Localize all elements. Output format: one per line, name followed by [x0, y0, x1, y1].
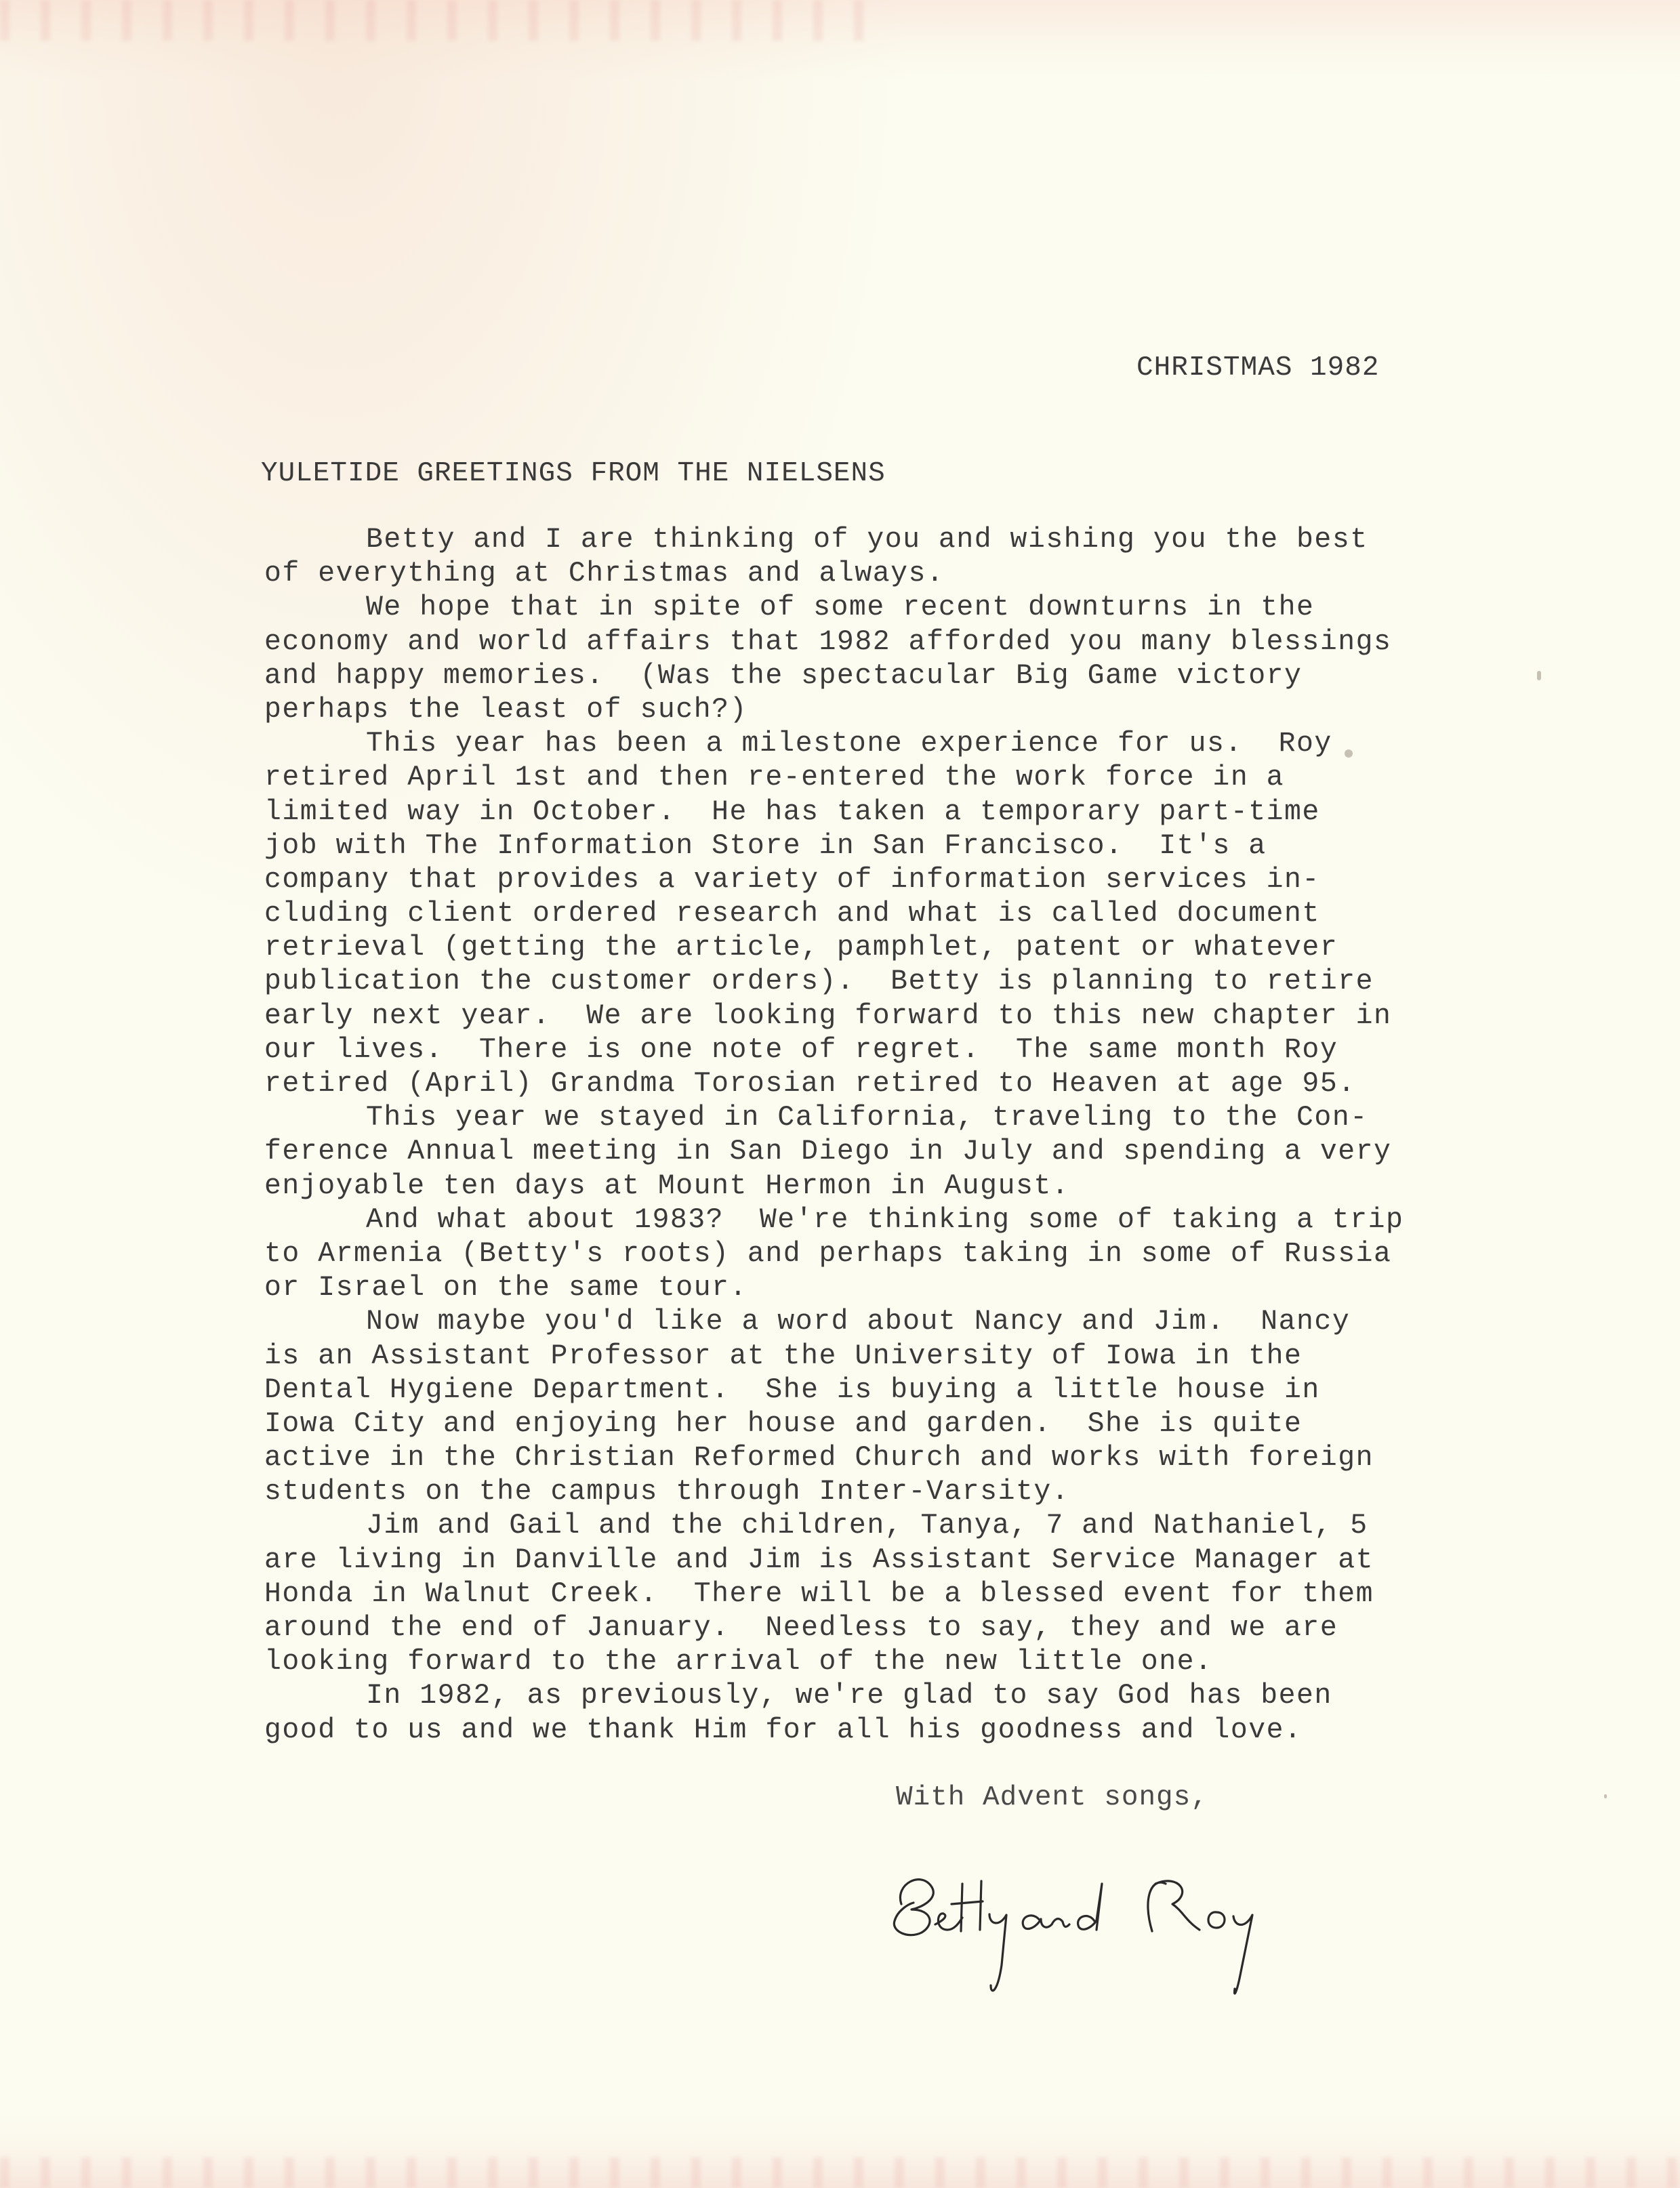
body-line: cluding client ordered research and what…	[264, 897, 1586, 931]
letter-body: Betty and I are thinking of you and wish…	[264, 523, 1586, 1748]
body-line: Dental Hygiene Department. She is buying…	[264, 1374, 1586, 1407]
body-line: retired (April) Grandma Torosian retired…	[264, 1067, 1586, 1101]
paragraph-first-line: Betty and I are thinking of you and wish…	[264, 523, 1586, 557]
paper-speck	[1604, 1794, 1607, 1798]
body-line: looking forward to the arrival of the ne…	[264, 1645, 1586, 1679]
body-line: retrieval (getting the article, pamphlet…	[264, 931, 1586, 965]
body-line: enjoyable ten days at Mount Hermon in Au…	[264, 1170, 1586, 1203]
paragraph-first-line: This year has been a milestone experienc…	[264, 727, 1586, 761]
body-line: of everything at Christmas and always.	[264, 557, 1586, 591]
body-line: good to us and we thank Him for all his …	[264, 1714, 1586, 1748]
body-line: around the end of January. Needless to s…	[264, 1611, 1586, 1645]
body-line: job with The Information Store in San Fr…	[264, 829, 1586, 863]
signature-icon	[881, 1857, 1355, 2012]
paper-stain-bottom	[0, 2158, 1680, 2188]
body-line: Iowa City and enjoying her house and gar…	[264, 1407, 1586, 1441]
body-line: are living in Danville and Jim is Assist…	[264, 1544, 1586, 1577]
body-line: ference Annual meeting in San Diego in J…	[264, 1135, 1586, 1169]
body-line: Honda in Walnut Creek. There will be a b…	[264, 1577, 1586, 1611]
handwritten-signature	[881, 1857, 1355, 2012]
body-line: early next year. We are looking forward …	[264, 999, 1586, 1033]
letter-greeting: YULETIDE GREETINGS FROM THE NIELSENS	[261, 458, 886, 489]
paragraph-first-line: In 1982, as previously, we're glad to sa…	[264, 1679, 1586, 1713]
paragraph-first-line: We hope that in spite of some recent dow…	[264, 591, 1586, 625]
body-line: or Israel on the same tour.	[264, 1271, 1586, 1305]
body-line: students on the campus through Inter-Var…	[264, 1475, 1586, 1509]
body-line: publication the customer orders). Betty …	[264, 965, 1586, 999]
body-line: limited way in October. He has taken a t…	[264, 796, 1586, 829]
body-line: retired April 1st and then re-entered th…	[264, 761, 1586, 795]
paragraph-first-line: This year we stayed in California, trave…	[264, 1101, 1586, 1135]
paper-stain-top	[0, 0, 881, 41]
letter-closing: With Advent songs,	[896, 1782, 1208, 1813]
body-line: is an Assistant Professor at the Univers…	[264, 1340, 1586, 1374]
body-line: to Armenia (Betty's roots) and perhaps t…	[264, 1237, 1586, 1271]
paragraph-first-line: Jim and Gail and the children, Tanya, 7 …	[264, 1509, 1586, 1543]
body-line: active in the Christian Reformed Church …	[264, 1441, 1586, 1475]
body-line: perhaps the least of such?)	[264, 693, 1586, 727]
body-line: and happy memories. (Was the spectacular…	[264, 659, 1586, 693]
date-line: CHRISTMAS 1982	[1136, 352, 1379, 384]
paragraph-first-line: Now maybe you'd like a word about Nancy …	[264, 1305, 1586, 1339]
body-line: our lives. There is one note of regret. …	[264, 1033, 1586, 1067]
paragraph-first-line: And what about 1983? We're thinking some…	[264, 1203, 1586, 1237]
body-line: company that provides a variety of infor…	[264, 863, 1586, 897]
body-line: economy and world affairs that 1982 affo…	[264, 625, 1586, 659]
